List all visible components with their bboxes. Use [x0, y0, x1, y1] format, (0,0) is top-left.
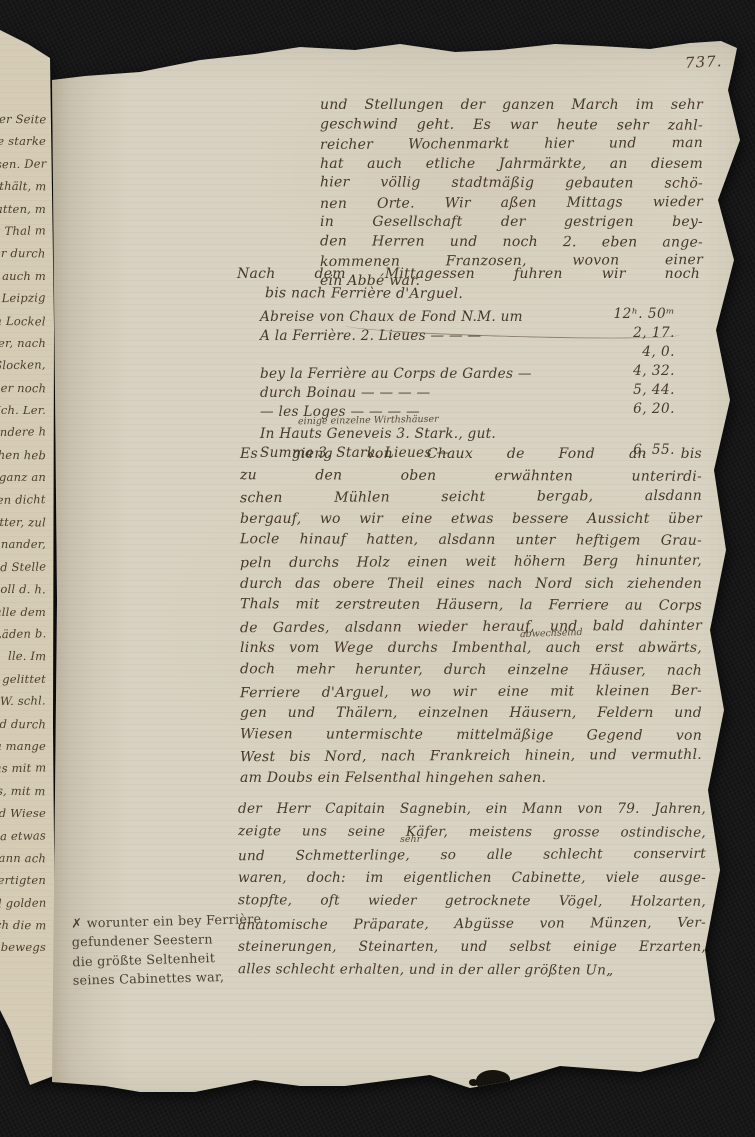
manuscript-line: Es gieng von Chaux de Fond an bis [240, 444, 702, 466]
cut-off-text-fragment: es Glocken, [0, 358, 48, 380]
manuscript-line: durch das obere Theil eines nach Nord si… [240, 574, 702, 596]
manuscript-line: Thals mit zerstreuten Häusern, la Ferrie… [240, 594, 702, 617]
itinerary-row: einige einzelne WirthshäuserIn Hauts Gen… [260, 423, 675, 442]
manuscript-line: geschwind geht. Es war heute sehr zahl- [320, 115, 703, 136]
manuscript-line: am Doubs ein Felsenthal hingehen sahen. [240, 768, 702, 790]
manuscript-line: der Herr Capitain Sagnebin, ein Mann von… [238, 798, 706, 821]
interlinear-insertion-note: abwechselnd [520, 627, 583, 640]
interlinear-insertion-note: sehr [400, 834, 421, 845]
manuscript-line: nen Orte. Wir aßen Mittags wieder [320, 192, 703, 214]
cut-off-text-fragment: zu Ich. Ler. [0, 403, 48, 425]
manuscript-line: West bis Nord, nach Frankreich hinein, u… [240, 745, 702, 769]
cut-off-text-fragment: das mit m [0, 761, 48, 783]
cut-off-text-fragment: besondere h [0, 425, 48, 447]
manuscript-line: und Stellungen der ganzen March im sehr [320, 96, 703, 116]
manuscript-line: Locle hinauf hatten, alsdann unter hefti… [240, 530, 702, 553]
cut-off-text-fragment: n da etwas [0, 829, 48, 851]
book-pages: an der Seitein eine starkelsen. Derl ent… [0, 0, 755, 1137]
manuscript-line: hat auch etliche Jahrmärkte, an diesem [320, 155, 703, 175]
manuscript-line: alles schlecht erhalten, und in der alle… [238, 958, 706, 983]
manuscript-line: bis nach Ferrière d'Arguel. [265, 283, 700, 305]
itinerary-time-value: 4, 32. [633, 363, 675, 379]
cut-off-text-fragment: den Läden b. [0, 627, 48, 649]
photographed-manuscript-scene: an der Seitein eine starkelsen. Derl ent… [0, 0, 755, 1137]
cut-off-text-fragment: fertigten [0, 873, 48, 895]
manuscript-line: Nach dem Mittagessen fuhren wir noch [237, 264, 700, 284]
cut-off-text-fragment: l golden [0, 896, 48, 918]
page-number: 737. [685, 52, 723, 72]
cut-off-text-fragment: bey Ich Lockel [0, 314, 48, 336]
cut-off-text-fragment: schen heb [0, 448, 48, 470]
cut-off-text-fragment: münder durch [0, 246, 48, 268]
manuscript-line: links vom Wege durchs Imbenthal, auch er… [240, 638, 702, 660]
manuscript-line: reicher Wochenmarkt hier und man [320, 134, 703, 156]
diary-paragraph-cabinet-description: der Herr Capitain Sagnebin, ein Mann von… [238, 798, 706, 982]
manuscript-line: Ferriere d'Arguel, wo wir eine mit klein… [240, 680, 702, 704]
cut-off-text-fragment: mir gelittet [0, 672, 48, 694]
cut-off-text-fragment: und Leipzig [0, 291, 48, 313]
marginal-note: ✗ worunter ein bey Ferrièregefundener Se… [71, 909, 298, 990]
manuscript-line: de Gardes, alsdann wieder herauf, und ba… [240, 616, 702, 640]
cut-off-text-fragment: ste Blätter, zul [0, 515, 48, 537]
itinerary-row: bey la Ferrière au Corps de Gardes —4, 3… [260, 363, 675, 382]
cut-off-text-fragment: in eine starke [0, 134, 48, 156]
cut-off-text-fragment: und alle dem [0, 605, 48, 627]
manuscript-line: stopfte, oft wieder getrocknete Vögel, H… [238, 889, 706, 914]
itinerary-place-label: bey la Ferrière au Corps de Gardes — [260, 366, 532, 382]
cut-off-text-fragment: fand Stelle [0, 560, 48, 582]
cut-off-text-fragment: s, mit m [0, 784, 48, 806]
cut-off-text-fragment: gen W. schl. [0, 694, 48, 716]
manuscript-line: waren, doch: im eigentlichen Cabinette, … [238, 867, 706, 890]
cut-off-text-fragment: zu mange [0, 739, 48, 761]
diary-paragraph-departure: Nach dem Mittagessen fuhren wir nochbis … [237, 264, 700, 304]
cut-off-text-fragment: aber noch [0, 381, 48, 403]
facing-page-text-fragments: an der Seitein eine starkelsen. Derl ent… [0, 112, 48, 963]
manuscript-line: peln durchs Holz einen weit höhern Berg … [240, 551, 702, 575]
manuscript-line: Wiesen untermischte mittelmäßige Gegend … [240, 724, 702, 747]
diary-paragraph-route-description: Es gieng von Chaux de Fond an biszu den … [240, 444, 702, 790]
diary-paragraph-market-day: und Stellungen der ganzen March im sehrg… [320, 96, 703, 291]
cut-off-text-fragment: zu voll d. h. [0, 582, 48, 604]
itinerary-row: 4, 0. [260, 344, 675, 363]
itinerary-place-label: durch Boinau — — — — [260, 385, 430, 401]
cut-off-text-fragment: durch die m [0, 918, 48, 940]
manuscript-line: anatomische Präparate, Abgüsse von Münze… [238, 912, 706, 937]
itinerary-time-value: 12ʰ. 50ᵐ [614, 306, 675, 322]
manuscript-line: in Gesellschaft der gestrigen bey- [320, 213, 703, 233]
cut-off-text-fragment: lsen. Der [0, 157, 48, 179]
cut-off-text-fragment: mir auch m [0, 269, 48, 291]
itinerary-time-value: 6, 20. [633, 401, 675, 417]
cut-off-text-fragment: l enthält, m [0, 179, 48, 201]
itinerary-row: durch Boinau — — — —5, 44. [260, 382, 675, 401]
manuscript-line: schen Mühlen seicht bergab, alsdann [240, 486, 702, 510]
cut-off-text-fragment: bewegs [0, 940, 48, 962]
manuscript-line: zu den oben erwähnten unterirdi- [240, 465, 702, 488]
manuscript-line: bergauf, wo wir eine etwas bessere Aussi… [240, 509, 702, 531]
manuscript-line: steinerungen, Steinarten, und selbst ein… [238, 936, 706, 959]
manuscript-page: 737. und Stellungen der ganzen March im … [45, 40, 750, 1102]
cut-off-text-fragment: ganz an [0, 470, 48, 492]
itinerary-row: Abreise von Chaux de Fond N.M. um12ʰ. 50… [260, 306, 675, 325]
itinerary-place-label: In Hauts Geneveis 3. Stark., gut. [260, 426, 496, 442]
manuscript-line: den Herren und noch 2. eben ange- [320, 232, 703, 253]
manuscript-line: doch mehr herunter, durch einzelne Häuse… [240, 659, 702, 682]
ink-blot [476, 1070, 510, 1091]
manuscript-line: und Schmetterlinge, so alle schlecht con… [238, 843, 706, 868]
itinerary-time-value: 5, 44. [633, 382, 675, 398]
cut-off-text-fragment: alsdann ach [0, 851, 48, 873]
manuscript-line: hier völlig stadtmäßig gebauten schö- [320, 173, 703, 194]
manuscript-line: zeigte uns seine Käfer, meistens grosse … [238, 820, 706, 845]
cut-off-text-fragment: Land durch [0, 717, 48, 739]
cut-off-text-fragment: an der Seite [0, 112, 48, 134]
manuscript-line: gen und Thälern, einzelnen Häusern, Feld… [240, 703, 702, 725]
cut-off-text-fragment: nd das Thal m [0, 224, 48, 246]
cut-off-text-fragment: beiter, nach [0, 336, 48, 358]
itinerary-time-value: 4, 0. [642, 344, 675, 360]
cut-off-text-fragment: uns einen dicht [0, 493, 48, 515]
cut-off-text-fragment: Zinatten, m [0, 202, 48, 224]
cut-off-text-fragment: einander, [0, 537, 48, 559]
cut-off-text-fragment: lle. Im [0, 649, 48, 671]
cut-off-text-fragment: lle, und Wiese [0, 806, 48, 828]
